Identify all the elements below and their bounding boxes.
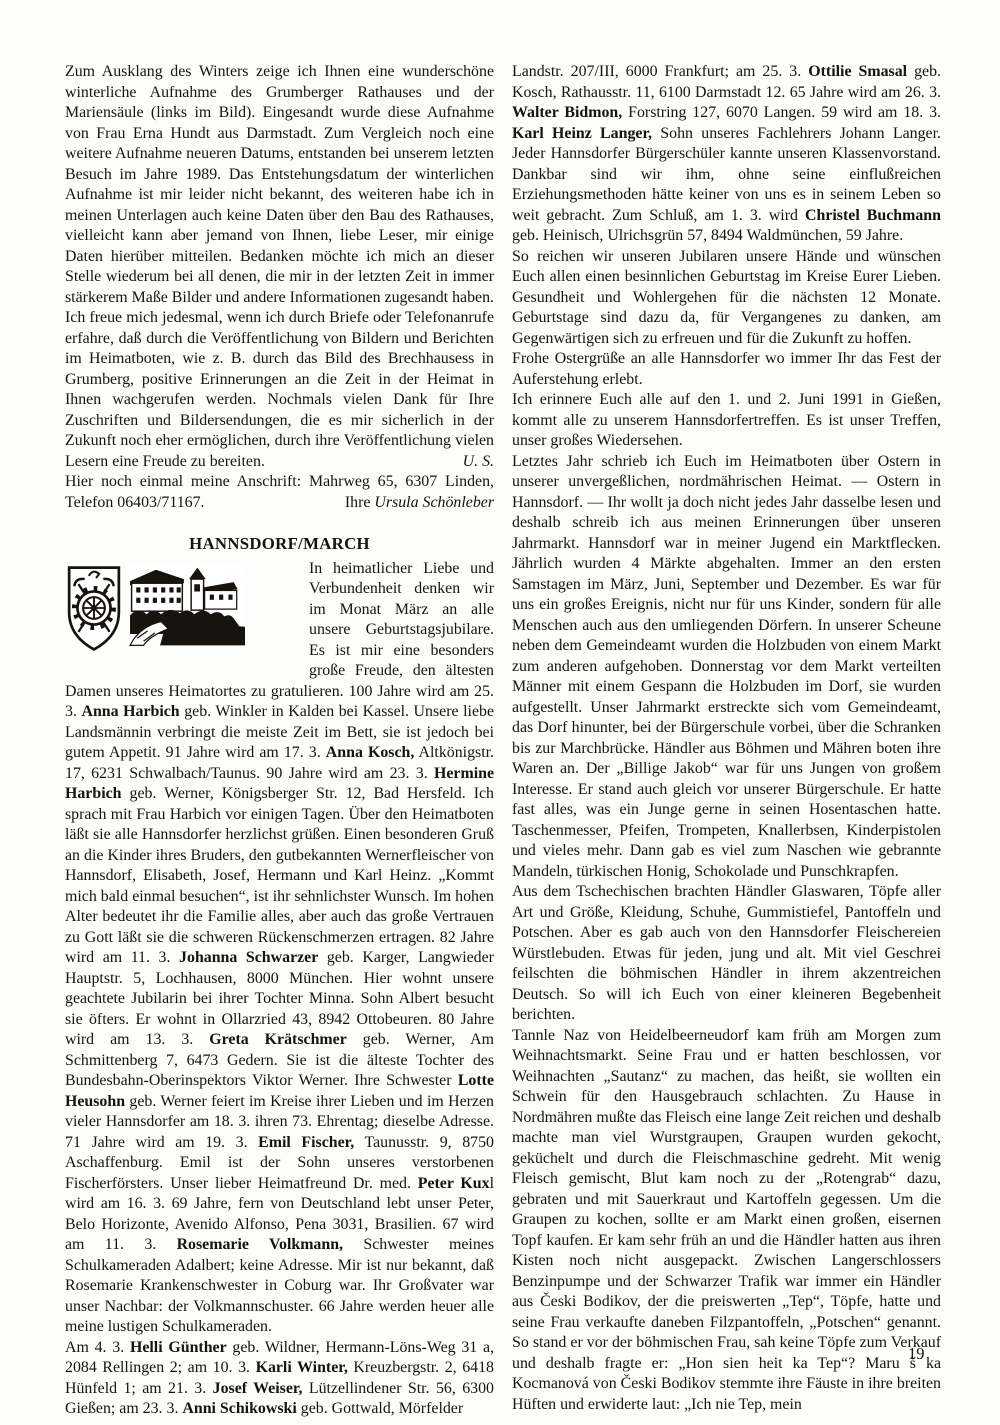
person-name: Peter Kux <box>418 1175 490 1192</box>
easter-greeting-paragraph: Frohe Ostergrüße an alle Hannsdorfer wo … <box>512 349 941 390</box>
left-column: Zum Ausklang des Winters zeige ich Ihnen… <box>65 62 494 1420</box>
meeting-reminder-paragraph: Ich erinnere Euch alle auf den 1. und 2.… <box>512 390 941 452</box>
section-heading: HANNSDORF/MARCH <box>65 534 494 555</box>
person-name: Anni Schikowski <box>182 1400 296 1417</box>
text-run: Letztes Jahr schrieb ich Euch im Heimatb… <box>512 453 941 880</box>
text-run: Forstring 127, 6070 Langen. 59 wird am 1… <box>622 104 941 121</box>
text-run: Aus dem Tschechischen brachten Händler G… <box>512 883 941 1023</box>
person-name: Christel Buchmann <box>805 207 941 224</box>
text-run: geb. Gottwald, Mörfelder <box>297 1400 463 1417</box>
text-run: geb. Werner, Königsberger Str. 12, Bad H… <box>65 785 494 966</box>
text-run: Landstr. 207/III, 6000 Frankfurt; am 25.… <box>512 63 808 80</box>
haendler-paragraph: Aus dem Tschechischen brachten Händler G… <box>512 882 941 1026</box>
person-name: Anna Kosch, <box>326 744 415 761</box>
tannle-naz-paragraph: Tannle Naz von Heidelbeerneudorf kam frü… <box>512 1026 941 1416</box>
text-run: Zum Ausklang des Winters zeige ich Ihnen… <box>65 63 494 470</box>
person-name: Johanna Schwarzer <box>179 949 318 966</box>
intro-paragraph: Zum Ausklang des Winters zeige ich Ihnen… <box>65 62 494 472</box>
person-name: Walter Bidmon, <box>512 104 622 121</box>
text-run: Ihre <box>345 494 375 511</box>
birthday-list-paragraph: Am 4. 3. Helli Günther geb. Wildner, Her… <box>65 1338 494 1420</box>
person-name: Karl Heinz Langer, <box>512 125 652 142</box>
text-run: Ich erinnere Euch alle auf den 1. und 2.… <box>512 391 941 449</box>
address-paragraph: Hier noch einmal meine Anschrift: Mahrwe… <box>65 472 494 513</box>
person-name: Emil Fischer, <box>258 1134 354 1151</box>
right-column: Landstr. 207/III, 6000 Frankfurt; am 25.… <box>512 62 941 1415</box>
signature: Ihre Ursula Schönleber <box>345 493 494 514</box>
birthday-jubilee-paragraph: In heimatlicher Liebe und Verbundenheit … <box>65 559 494 1338</box>
hannsdorf-coat-of-arms-icon <box>65 562 123 654</box>
text-run: Ursula Schönleber <box>374 494 494 511</box>
birthday-list-continued-paragraph: Landstr. 207/III, 6000 Frankfurt; am 25.… <box>512 62 941 247</box>
page-number: 19 <box>908 1344 925 1364</box>
person-name: Anna Harbich <box>81 703 179 720</box>
congratulations-paragraph: So reichen wir unseren Jubilaren unsere … <box>512 247 941 350</box>
text-run: geb. Heinisch, Ulrichsgrün 57, 8494 Wald… <box>512 227 903 244</box>
hannsdorf-village-drawing <box>129 565 245 647</box>
text-run: Frohe Ostergrüße an alle Hannsdorfer wo … <box>512 350 941 388</box>
person-name: Ottilie Smasal <box>808 63 907 80</box>
text-run: Am 4. 3. <box>65 1339 130 1356</box>
text-run: Tannle Naz von Heidelbeerneudorf kam frü… <box>512 1027 941 1413</box>
text-run: U. S. <box>463 453 494 470</box>
hannsdorf-figure <box>65 559 309 663</box>
page: Zum Ausklang des Winters zeige ich Ihnen… <box>0 0 1000 1425</box>
person-name: Greta Krätschmer <box>209 1031 346 1048</box>
signature: U. S. <box>463 452 494 473</box>
person-name: Helli Günther <box>130 1339 227 1356</box>
person-name: Karli Winter, <box>256 1359 348 1376</box>
jahrmarkt-memories-paragraph: Letztes Jahr schrieb ich Euch im Heimatb… <box>512 452 941 883</box>
text-run: So reichen wir unseren Jubilaren unsere … <box>512 248 941 347</box>
person-name: Josef Weiser, <box>213 1380 303 1397</box>
person-name: Rosemarie Volkmann, <box>177 1236 343 1253</box>
